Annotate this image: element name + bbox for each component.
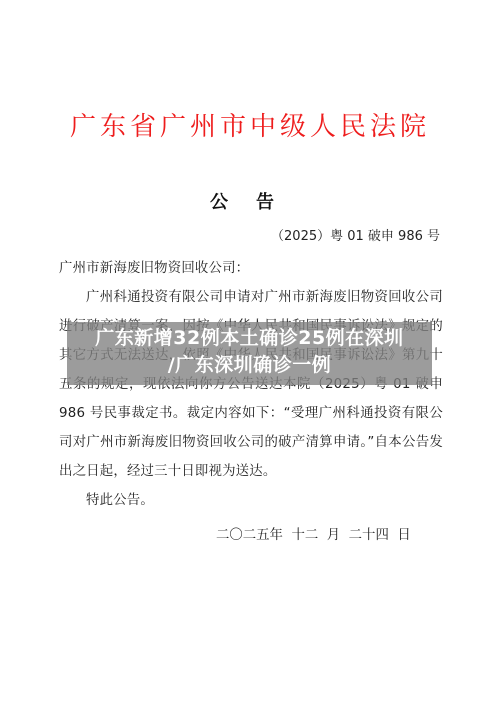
case-number: （2025）粤 01 破申 986 号 [271, 228, 440, 246]
closing-statement: 特此公告。 [59, 486, 443, 515]
issue-date: 二〇二五年 十二 月 二十四 日 [216, 527, 411, 545]
notice-title: 公告 [210, 192, 302, 214]
addressee: 广州市新海废旧物资回收公司： [59, 254, 443, 283]
headline-line-2: /广东深圳确诊一例 [67, 352, 432, 379]
court-name-heading: 广东省广州市中级人民法院 [0, 112, 500, 142]
headline-line-1: 广东新增32例本土确诊25例在深圳 [67, 325, 432, 352]
headline-overlay: 广东新增32例本土确诊25例在深圳 /广东深圳确诊一例 [67, 322, 432, 379]
